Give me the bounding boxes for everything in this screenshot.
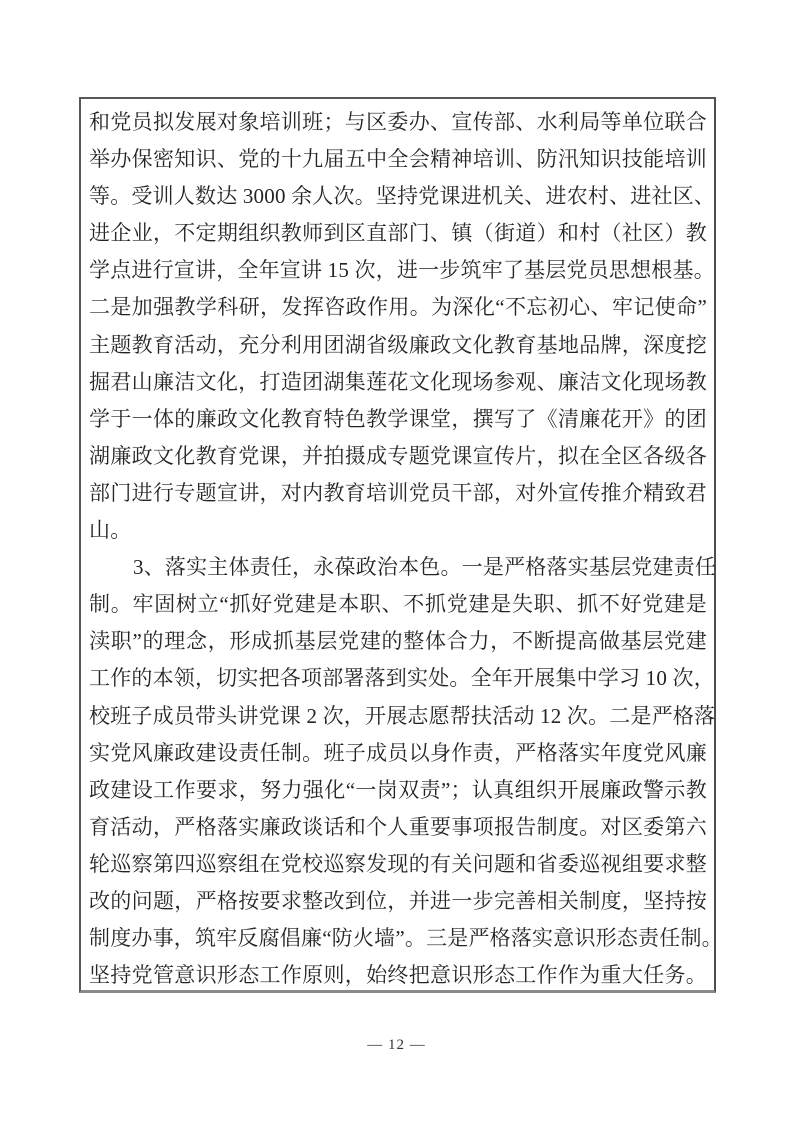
text-line: 政建设工作要求，努力强化“一岗双责”；认真组织开展廉政警示教 bbox=[89, 772, 707, 809]
text-line: 掘君山廉洁文化，打造团湖集莲花文化现场参观、廉洁文化现场教 bbox=[89, 364, 707, 401]
text-line: 进企业，不定期组织教师到区直部门、镇（街道）和村（社区）教 bbox=[89, 215, 707, 252]
text-line: 学点进行宣讲，全年宣讲 15 次，进一步筑牢了基层党员思想根基。 bbox=[89, 252, 707, 289]
text-line: 湖廉政文化教育党课，并拍摄成专题党课宣传片，拟在全区各级各 bbox=[89, 438, 707, 475]
text-line-paragraph-start: 3、落实主体责任，永葆政治本色。一是严格落实基层党建责任 bbox=[89, 549, 707, 586]
text-line: 工作的本领，切实把各项部署落到实处。全年开展集中学习 10 次， bbox=[89, 660, 707, 697]
text-line: 山。 bbox=[89, 512, 707, 549]
text-line: 二是加强教学科研，发挥咨政作用。为深化“不忘初心、牢记使命” bbox=[89, 289, 707, 326]
text-line: 实党风廉政建设责任制。班子成员以身作责，严格落实年度党风廉 bbox=[89, 735, 707, 772]
text-line: 改的问题，严格按要求整改到位，并进一步完善相关制度，坚持按 bbox=[89, 883, 707, 920]
text-line: 学于一体的廉政文化教育特色教学课堂，撰写了《清廉花开》的团 bbox=[89, 401, 707, 438]
text-line: 和党员拟发展对象培训班；与区委办、宣传部、水利局等单位联合 bbox=[89, 104, 707, 141]
text-line: 育活动，严格落实廉政谈话和个人重要事项报告制度。对区委第六 bbox=[89, 809, 707, 846]
text-line: 轮巡察第四巡察组在党校巡察发现的有关问题和省委巡视组要求整 bbox=[89, 846, 707, 883]
text-line: 部门进行专题宣讲，对内教育培训党员干部，对外宣传推介精致君 bbox=[89, 475, 707, 512]
text-line: 等。受训人数达 3000 余人次。坚持党课进机关、进农村、进社区、 bbox=[89, 178, 707, 215]
content-cell: 和党员拟发展对象培训班；与区委办、宣传部、水利局等单位联合 举办保密知识、党的十… bbox=[79, 97, 716, 993]
text-line: 制度办事，筑牢反腐倡廉“防火墙”。三是严格落实意识形态责任制。 bbox=[89, 920, 707, 957]
text-line: 制。牢固树立“抓好党建是本职、不抓党建是失职、抓不好党建是 bbox=[89, 586, 707, 623]
text-line: 渎职”的理念，形成抓基层党建的整体合力，不断提高做基层党建 bbox=[89, 623, 707, 660]
text-line: 坚持党管意识形态工作原则，始终把意识形态工作作为重大任务。 bbox=[89, 957, 707, 994]
text-line: 主题教育活动，充分利用团湖省级廉政文化教育基地品牌，深度挖 bbox=[89, 327, 707, 364]
text-line: 校班子成员带头讲党课 2 次，开展志愿帮扶活动 12 次。二是严格落 bbox=[89, 698, 707, 735]
text-line: 举办保密知识、党的十九届五中全会精神培训、防汛知识技能培训 bbox=[89, 141, 707, 178]
document-page: 和党员拟发展对象培训班；与区委办、宣传部、水利局等单位联合 举办保密知识、党的十… bbox=[0, 0, 793, 1122]
page-number: — 12 — bbox=[0, 1037, 793, 1054]
